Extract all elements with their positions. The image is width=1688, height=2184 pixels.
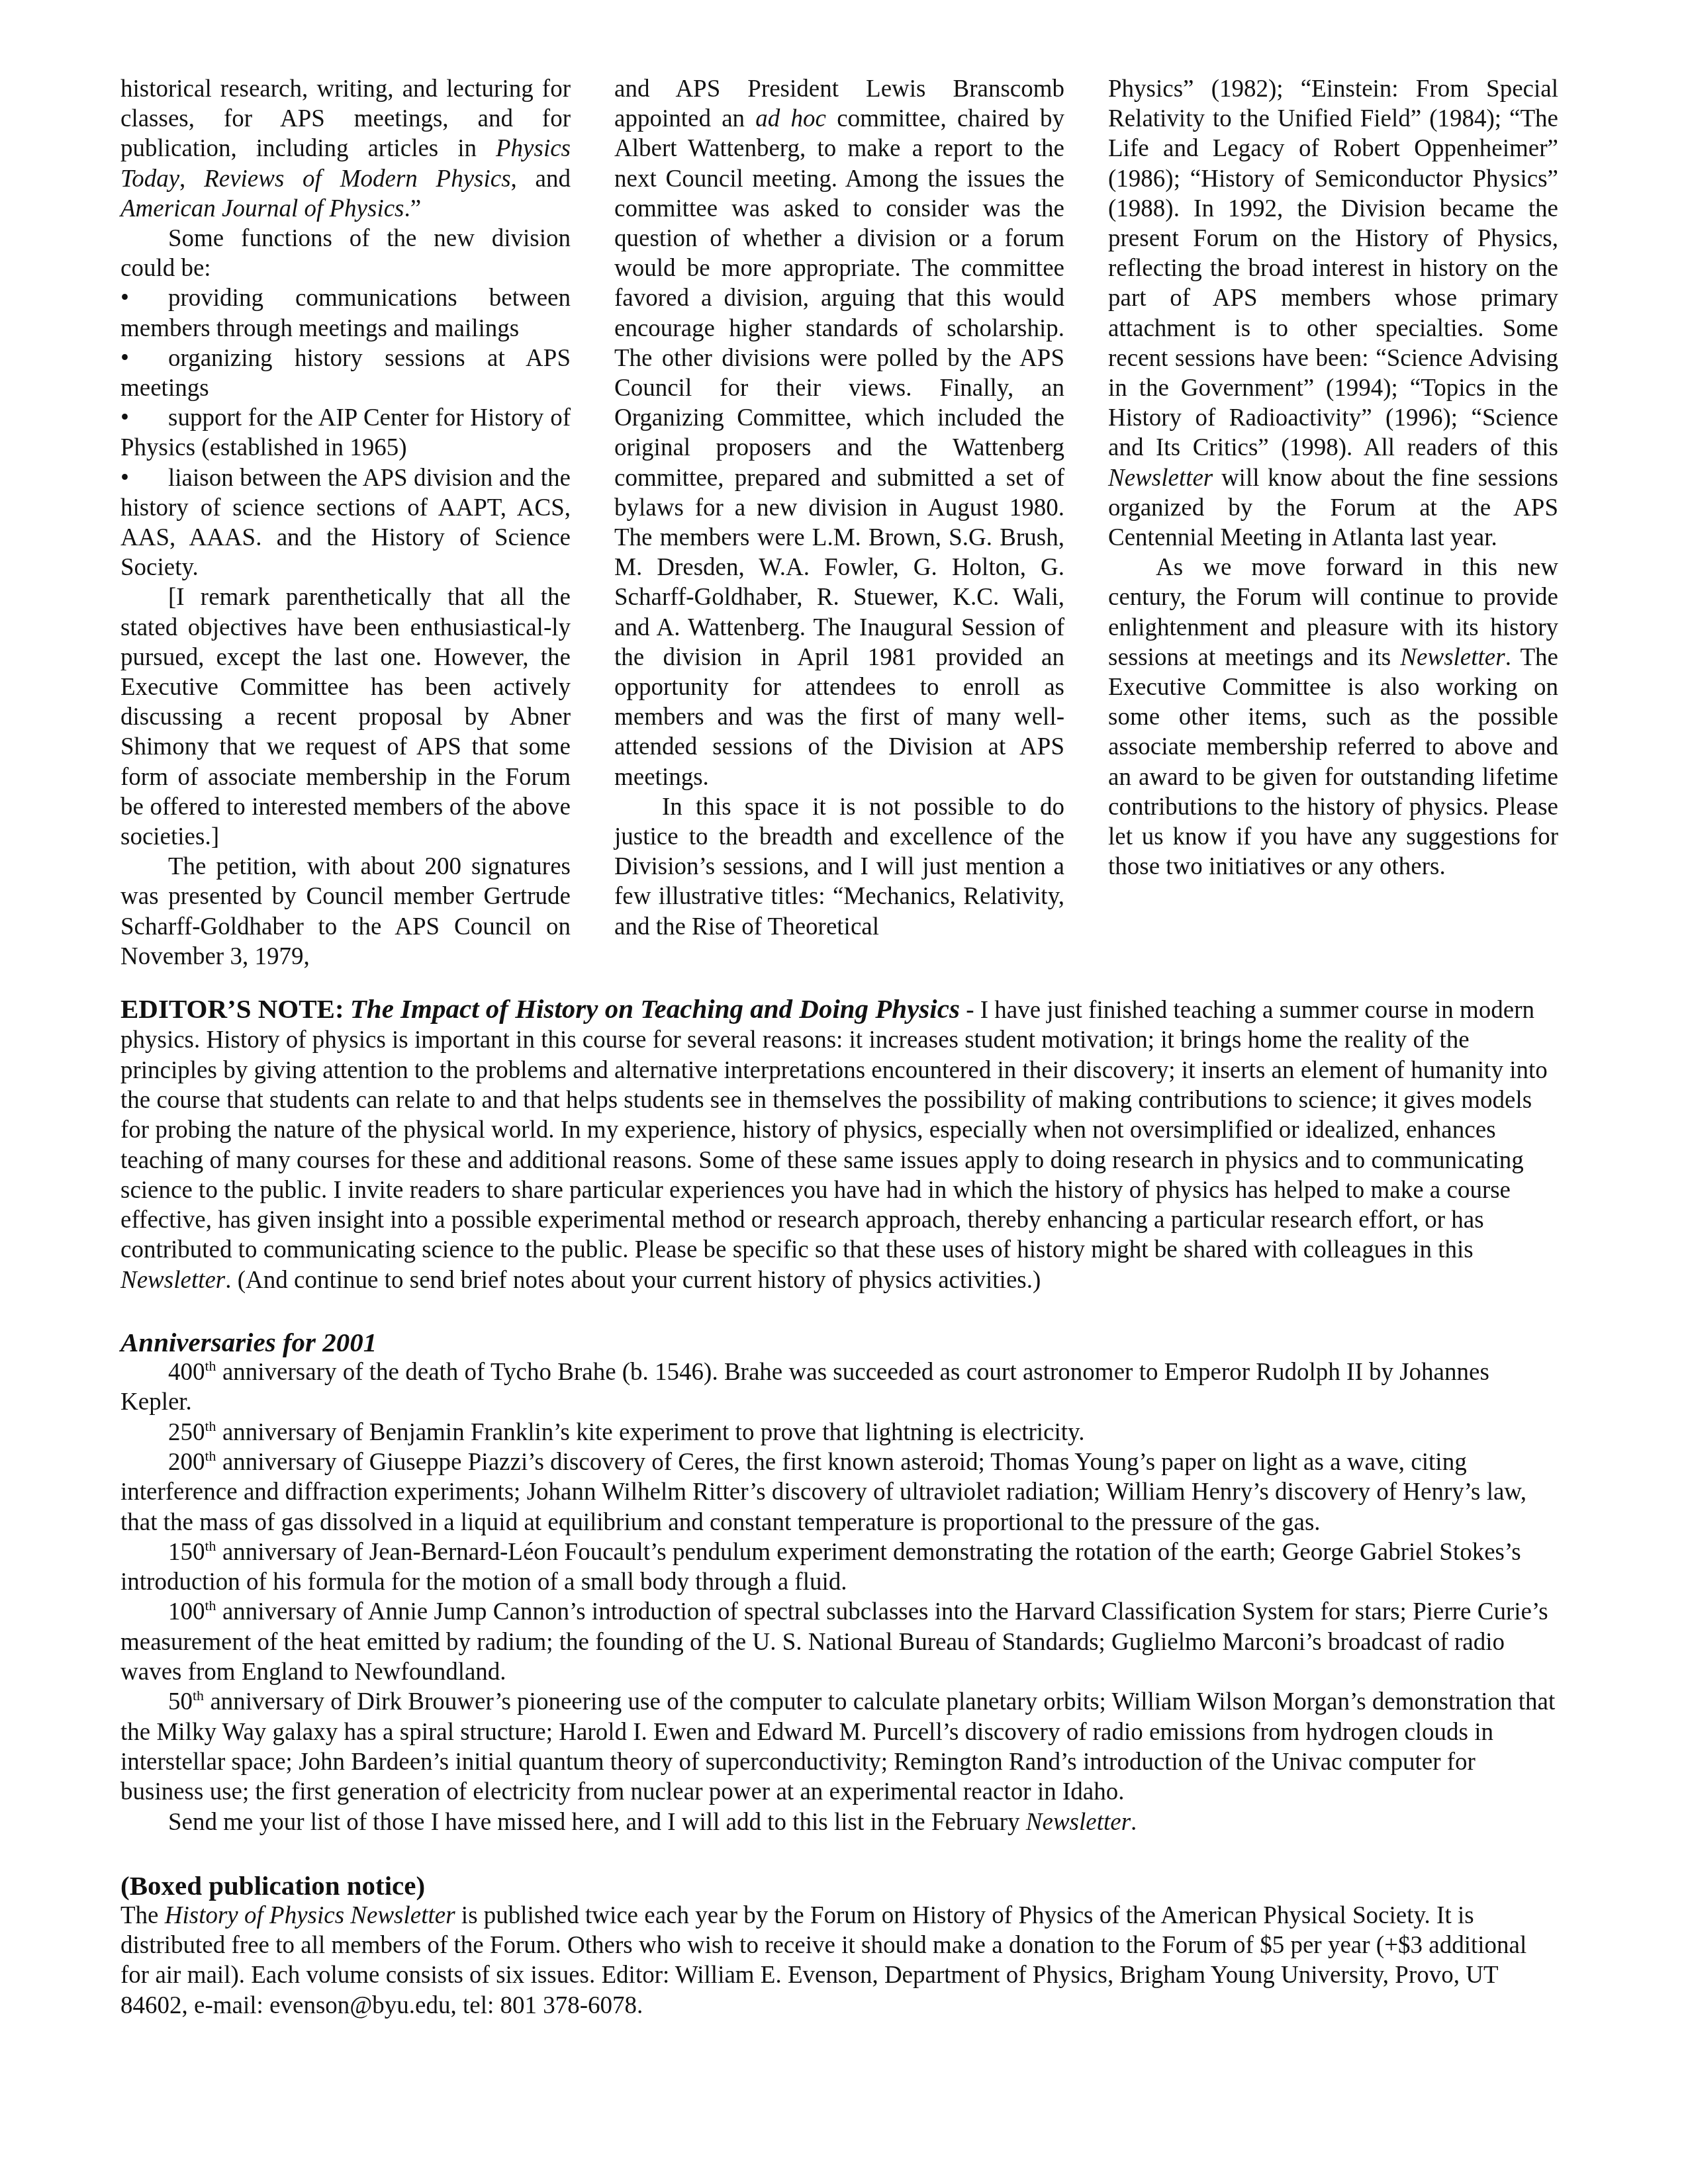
list-item: 50th anniversary of Dirk Brouwer’s pione… bbox=[120, 1687, 1558, 1807]
col1-paragraph-4: The petition, with about 200 signatures … bbox=[120, 852, 571, 972]
col3-paragraph-2: As we move forward in this new century, … bbox=[1108, 553, 1558, 882]
three-column-article: historical research, writing, and lectur… bbox=[120, 74, 1558, 972]
newsletter-title: History of Physics Newsletter bbox=[165, 1902, 455, 1929]
list-item: •liaison between the APS division and th… bbox=[120, 463, 571, 583]
anniversaries-closing: Send me your list of those I have missed… bbox=[120, 1807, 1558, 1837]
list-item: 400th anniversary of the death of Tycho … bbox=[120, 1357, 1558, 1418]
col2-paragraph-1: and APS President Lewis Branscomb appoin… bbox=[614, 74, 1064, 792]
anniversaries-list: 400th anniversary of the death of Tycho … bbox=[120, 1357, 1558, 1837]
list-item: •organizing history sessions at APS meet… bbox=[120, 343, 571, 403]
col1-paragraph-3: [I remark parenthetically that all the s… bbox=[120, 582, 571, 852]
anniversaries-heading: Anniversaries for 2001 bbox=[120, 1327, 1558, 1357]
list-item: 250th anniversary of Benjamin Franklin’s… bbox=[120, 1418, 1558, 1447]
col3-paragraph-1: Physics” (1982); “Einstein: From Special… bbox=[1108, 74, 1558, 553]
bullet-icon: • bbox=[120, 463, 168, 493]
column-3: Physics” (1982); “Einstein: From Special… bbox=[1108, 74, 1558, 972]
journal-title: Reviews of Modern Physics bbox=[204, 165, 510, 193]
column-2: and APS President Lewis Branscomb appoin… bbox=[614, 74, 1064, 972]
col1-paragraph-1: historical research, writing, and lectur… bbox=[120, 74, 571, 224]
editors-note-label: EDITOR’S NOTE: bbox=[120, 993, 344, 1024]
publication-notice-heading: (Boxed publication notice) bbox=[120, 1870, 1558, 1901]
column-1: historical research, writing, and lectur… bbox=[120, 74, 571, 972]
newsletter-page: historical research, writing, and lectur… bbox=[120, 74, 1558, 2021]
list-item: 100th anniversary of Annie Jump Cannon’s… bbox=[120, 1597, 1558, 1687]
bullet-icon: • bbox=[120, 343, 168, 373]
editors-note-title: The Impact of History on Teaching and Do… bbox=[350, 993, 960, 1024]
col1-paragraph-2: Some functions of the new division could… bbox=[120, 224, 571, 283]
editors-note: EDITOR’S NOTE: The Impact of History on … bbox=[120, 994, 1558, 1295]
bullet-icon: • bbox=[120, 403, 168, 433]
list-item: 150th anniversary of Jean-Bernard-Léon F… bbox=[120, 1537, 1558, 1598]
publication-notice: The History of Physics Newsletter is pub… bbox=[120, 1901, 1558, 2021]
col2-paragraph-2: In this space it is not possible to do j… bbox=[614, 792, 1064, 942]
list-item: 200th anniversary of Giuseppe Piazzi’s d… bbox=[120, 1447, 1558, 1537]
bullet-icon: • bbox=[120, 283, 168, 313]
journal-title: American Journal of Physics bbox=[120, 195, 404, 222]
list-item: •providing communications between member… bbox=[120, 283, 571, 343]
list-item: •support for the AIP Center for History … bbox=[120, 403, 571, 463]
